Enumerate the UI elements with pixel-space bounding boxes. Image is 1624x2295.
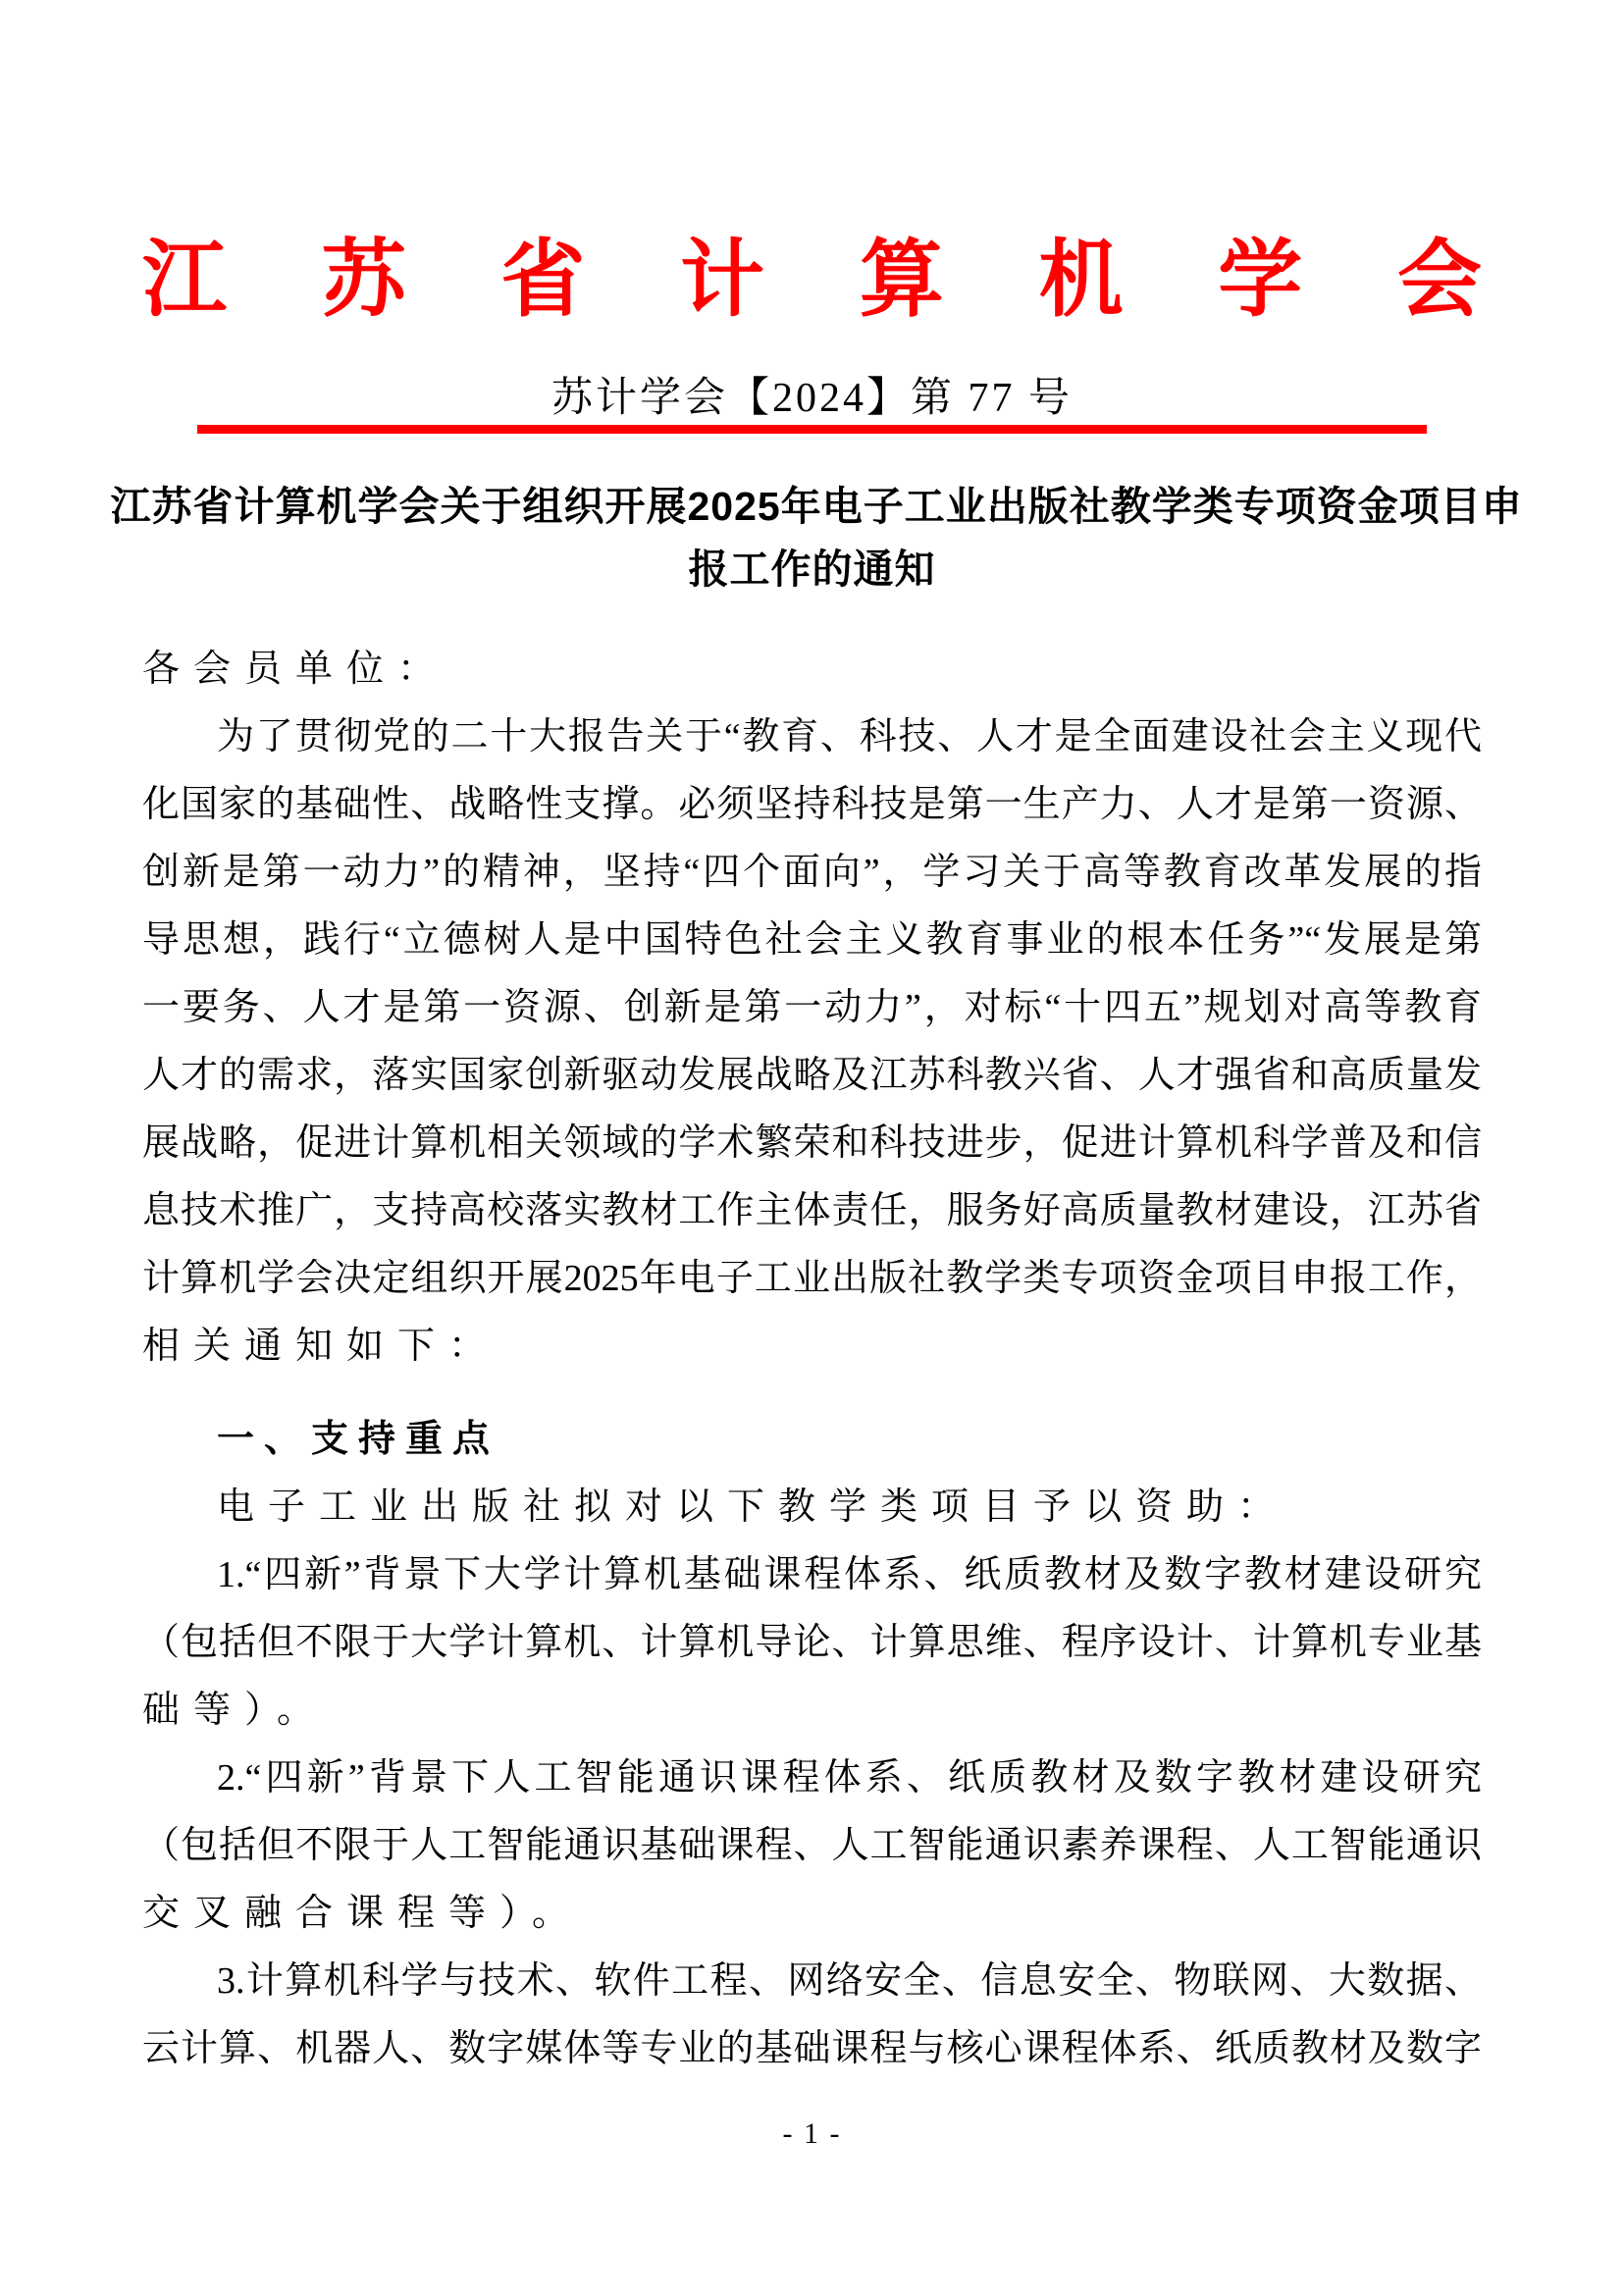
body-line: 云计算、机器人、数字媒体等专业的基础课程与核心课程体系、纸质教材及数字 [142,2015,1482,2083]
body-text: 各会员单位：为了贯彻党的二十大报告关于“教育、科技、人才是全面建设社会主义现代化… [142,636,1482,2083]
doc-number: 苏计学会【2024】第 77 号 [0,376,1624,421]
body-line: 化国家的基础性、战略性支撑。必须坚持科技是第一生产力、人才是第一资源、 [142,771,1482,839]
body-line: 计算机学会决定组织开展2025年电子工业出版社教学类专项资金项目申报工作， [142,1245,1482,1313]
body-line: 为了贯彻党的二十大报告关于“教育、科技、人才是全面建设社会主义现代 [142,704,1482,771]
red-header-rule [197,425,1427,434]
body-line: 交叉融合课程等）。 [142,1880,1482,1948]
document-page: 江 苏 省 计 算 机 学 会 苏计学会【2024】第 77 号 江苏省计算机学… [0,0,1624,2295]
body-line: 1.“四新”背景下大学计算机基础课程体系、纸质教材及数字教材建设研究 [142,1541,1482,1609]
body-line: （包括但不限于人工智能通识基础课程、人工智能通识素养课程、人工智能通识 [142,1812,1482,1880]
notice-title-line-2: 报工作的通知 [111,538,1514,600]
section-heading: 一、支持重点 [142,1406,1482,1474]
body-line: 息技术推广，支持高校落实教材工作主体责任，服务好高质量教材建设，江苏省 [142,1177,1482,1245]
page-number: - 1 - [0,2116,1624,2152]
body-line: 一要务、人才是第一资源、创新是第一动力”，对标“十四五”规划对高等教育 [142,974,1482,1042]
body-line: （包括但不限于大学计算机、计算机导论、计算思维、程序设计、计算机专业基 [142,1609,1482,1677]
body-line: 展战略，促进计算机相关领域的学术繁荣和科技进步，促进计算机科学普及和信 [142,1110,1482,1177]
body-line: 3.计算机科学与技术、软件工程、网络安全、信息安全、物联网、大数据、 [142,1948,1482,2015]
body-line: 2.“四新”背景下人工智能通识课程体系、纸质教材及数字教材建设研究 [142,1745,1482,1812]
org-masthead-title: 江 苏 省 计 算 机 学 会 [142,0,1482,327]
body-line: 电子工业出版社拟对以下教学类项目予以资助： [142,1474,1482,1541]
body-line: 导思想，践行“立德树人是中国特色社会主义教育事业的根本任务”“发展是第 [142,907,1482,974]
body-line: 各会员单位： [142,636,1482,704]
notice-title: 江苏省计算机学会关于组织开展2025年电子工业出版社教学类专项资金项目申 报工作… [111,475,1514,600]
notice-title-line-1: 江苏省计算机学会关于组织开展2025年电子工业出版社教学类专项资金项目申 [111,475,1514,538]
body-line: 人才的需求，落实国家创新驱动发展战略及江苏科教兴省、人才强省和高质量发 [142,1042,1482,1110]
body-line: 础等）。 [142,1677,1482,1745]
body-line: 创新是第一动力”的精神，坚持“四个面向”，学习关于高等教育改革发展的指 [142,839,1482,907]
body-line: 相关通知如下： [142,1313,1482,1381]
